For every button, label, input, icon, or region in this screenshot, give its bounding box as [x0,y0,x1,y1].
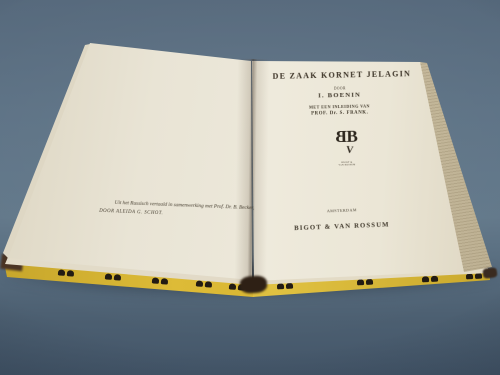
introduction-credit-line2: PROF. Dr. S. FRANK. [256,106,424,118]
monogram-letters-icon: BB [338,127,355,146]
publisher-monogram: BB V BIGOT &VAN ROSSUM [256,127,425,175]
imprint-block: AMSTERDAM BIGOT & VAN ROSSUM [258,203,427,228]
title-page-text: DE ZAAK KORNET JELAGIN DOOR I. BOENIN ME… [254,0,428,301]
publisher-name: BIGOT & VAN ROSSUM [258,218,426,234]
book-author: I. BOENIN [256,88,424,101]
publisher-city: AMSTERDAM [258,203,426,218]
monogram-check-icon: V [325,145,375,157]
monogram-caption: BIGOT &VAN ROSSUM [338,161,355,167]
book-title: DE ZAAK KORNET JELAGIN [255,68,423,82]
book-photo: Uit het Russisch vertaald in samenwerkin… [0,0,500,375]
